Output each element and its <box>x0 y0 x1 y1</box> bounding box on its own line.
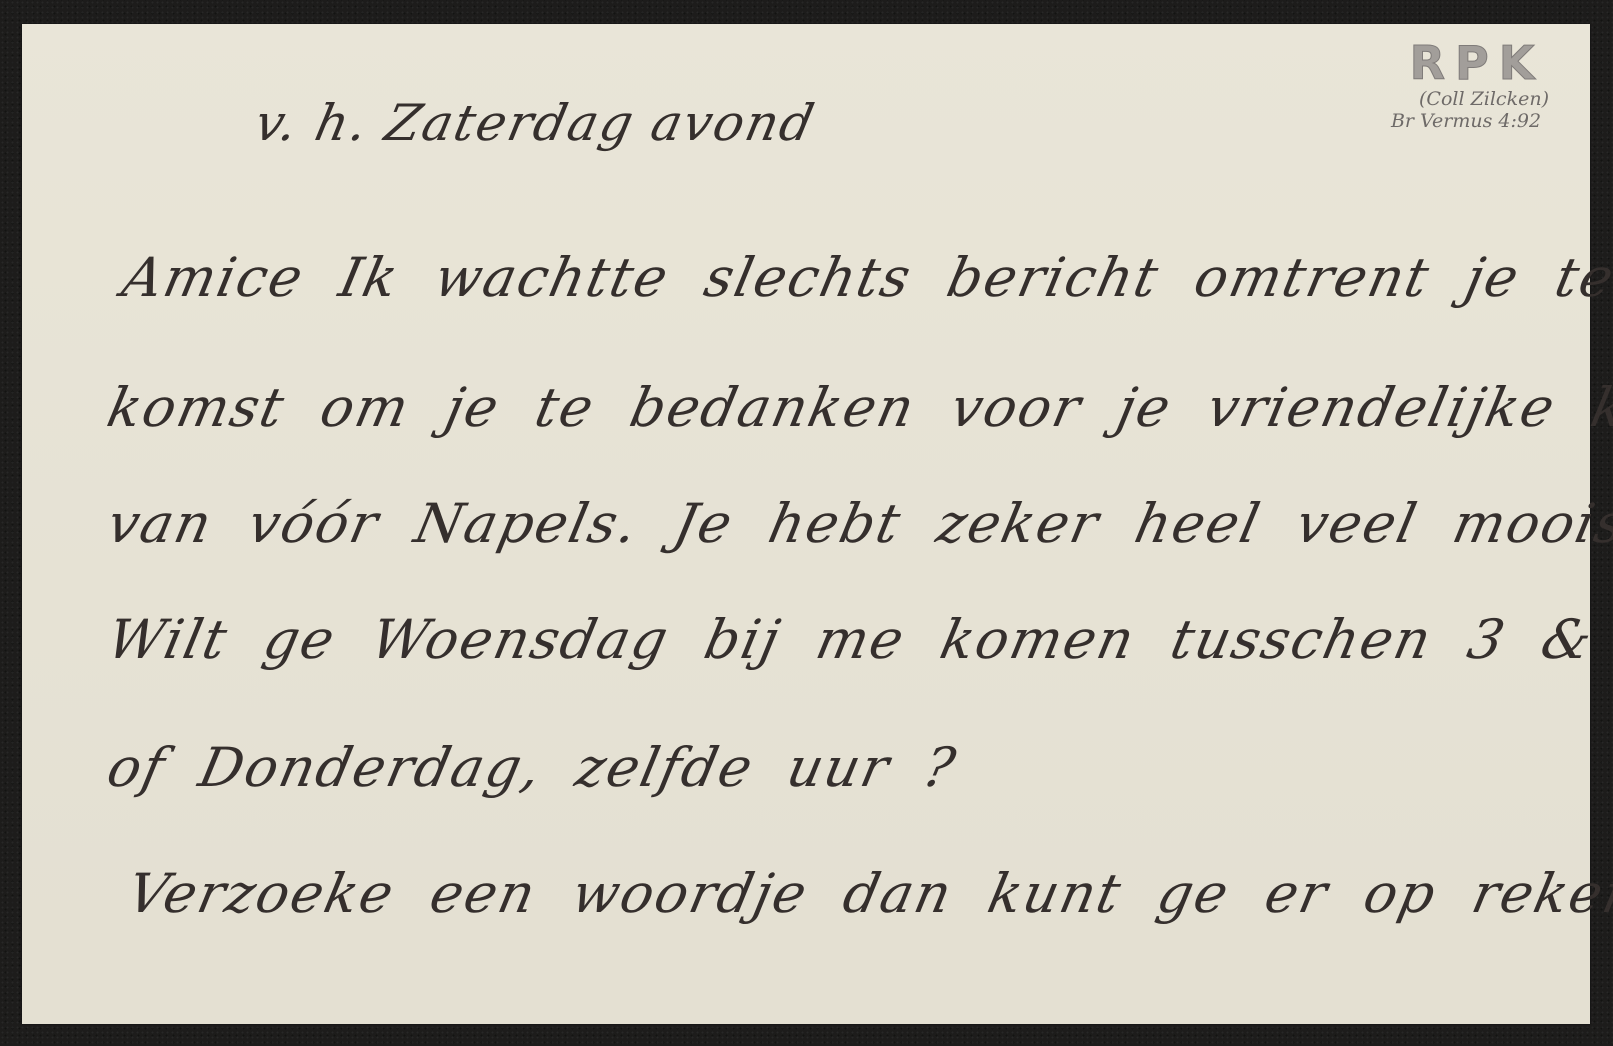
letter-line: Verzoeke een woordje dan kunt ge er op r… <box>122 862 1613 925</box>
archive-stamp: RPK (Coll Zilcken) Br Vermus 4:92 <box>1382 38 1572 132</box>
letter-line: Amice Ik wachtte slechts bericht omtrent… <box>117 246 1613 309</box>
stamp-rpk-label: RPK <box>1382 38 1572 88</box>
letter-line: van vóór Napels. Je hebt zeker heel veel… <box>102 492 1613 555</box>
dateline: v. h. Zaterdag avond <box>250 94 821 152</box>
stamp-reference-note: Br Vermus 4:92 <box>1360 110 1572 132</box>
letter-line: of Donderdag, zelfde uur ? <box>102 736 962 799</box>
letter-line: Wilt ge Woensdag bij me komen tusschen 3… <box>102 608 1613 671</box>
letter-line: komst om je te bedanken voor je vriendel… <box>102 376 1613 439</box>
stamp-collection-note: (Coll Zilcken) <box>1382 88 1572 110</box>
handwritten-card: RPK (Coll Zilcken) Br Vermus 4:92 v. h. … <box>22 24 1590 1024</box>
